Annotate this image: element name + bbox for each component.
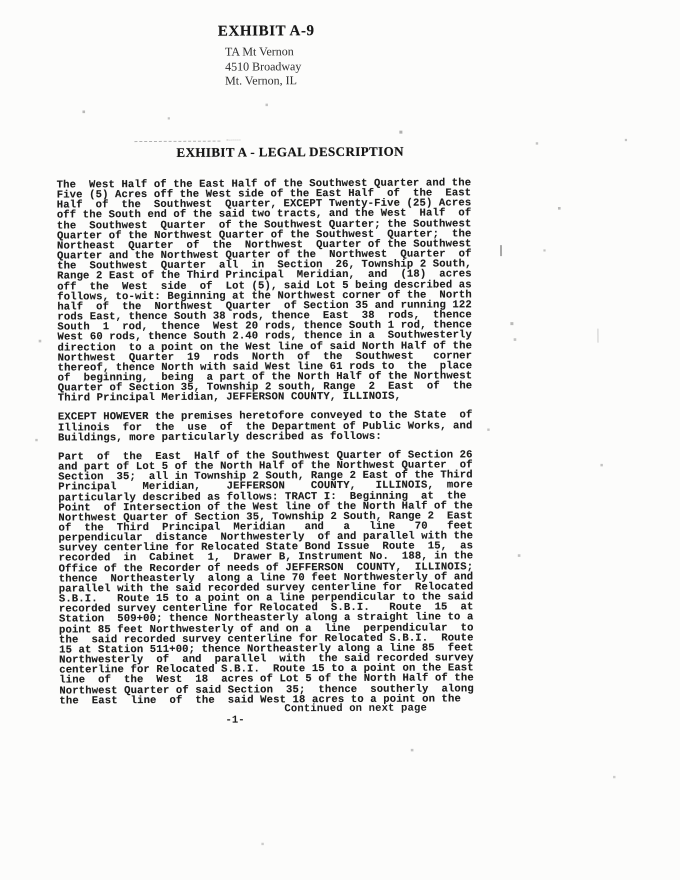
scan-artifact-tick bbox=[500, 245, 502, 256]
address-line-street: 4510 Broadway bbox=[225, 59, 301, 74]
document-content: EXHIBIT A-9 TA Mt Vernon 4510 Broadway M… bbox=[0, 0, 680, 880]
property-address-block: TA Mt Vernon 4510 Broadway Mt. Vernon, I… bbox=[225, 44, 302, 88]
scan-artifact-tick bbox=[597, 329, 598, 343]
address-line-city: Mt. Vernon, IL bbox=[225, 73, 301, 88]
scan-artifact-dashes bbox=[134, 141, 220, 142]
scanned-document-page: EXHIBIT A-9 TA Mt Vernon 4510 Broadway M… bbox=[0, 0, 680, 880]
address-line-name: TA Mt Vernon bbox=[225, 44, 301, 59]
paragraph-tract-description: The West Half of the East Half of the So… bbox=[57, 178, 498, 404]
legal-description-body: The West Half of the East Half of the So… bbox=[57, 178, 500, 715]
page-number: -1- bbox=[225, 715, 244, 727]
paragraph-except-clause: EXCEPT HOWEVER the premises heretofore c… bbox=[58, 411, 498, 444]
continued-note: Continued on next page bbox=[284, 703, 427, 716]
paragraph-state-conveyance: Part of the East Half of the Southwest Q… bbox=[58, 450, 499, 706]
scan-artifact-dots bbox=[226, 140, 240, 141]
exhibit-label: EXHIBIT A-9 bbox=[218, 23, 315, 41]
section-title: EXHIBIT A - LEGAL DESCRIPTION bbox=[176, 144, 403, 161]
